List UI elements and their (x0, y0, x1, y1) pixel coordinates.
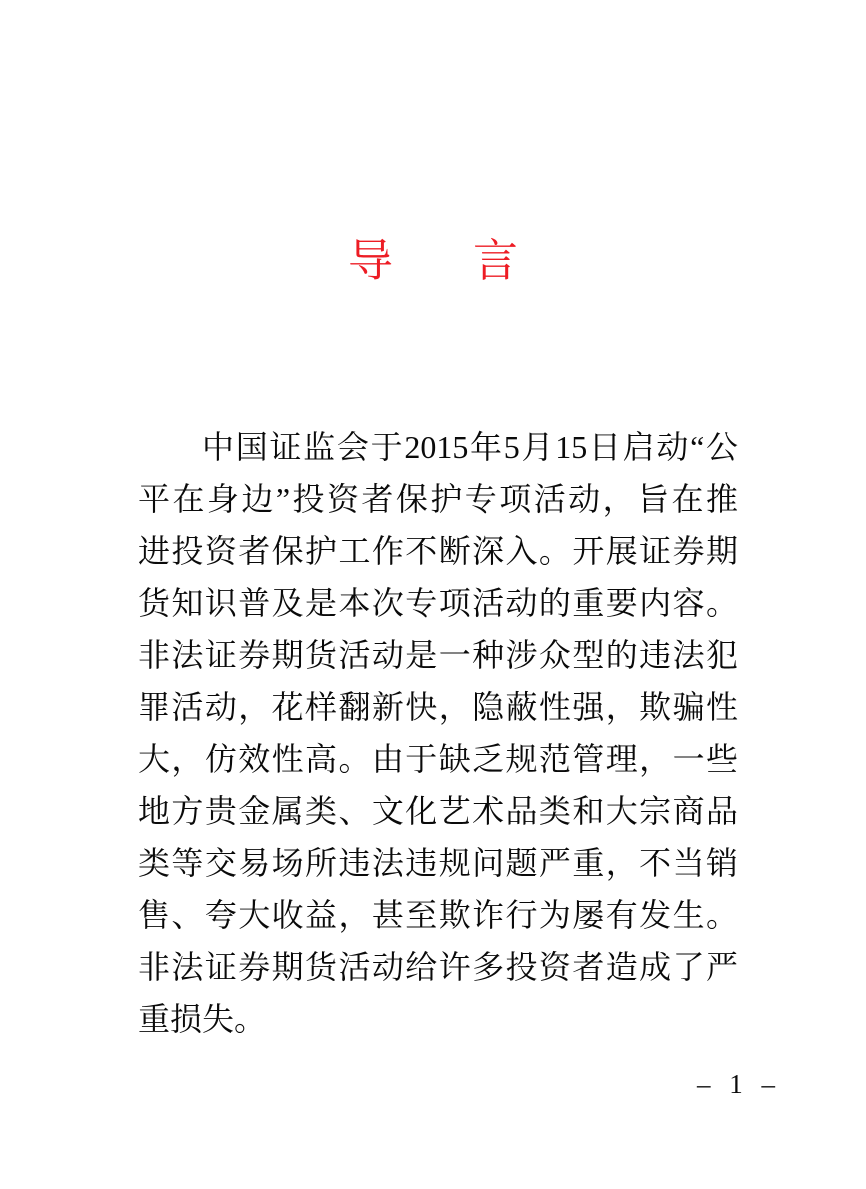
title-gap (393, 275, 473, 276)
title-char-1: 导 (348, 236, 393, 286)
document-page: 导言 中国证监会于2015年5月15日启动“公 平在身边”投资者保护专项活动，旨… (0, 0, 866, 1189)
page-title: 导言 (0, 232, 866, 290)
body-line-9: 类等交易场所违法违规问题严重，不当销 (138, 837, 738, 889)
body-line-2: 平在身边”投资者保护专项活动，旨在推 (138, 473, 738, 525)
body-line-5: 非法证券期货活动是一种涉众型的违法犯 (138, 629, 738, 681)
page-number: – 1 – (697, 1068, 776, 1100)
title-char-2: 言 (473, 236, 518, 286)
body-line-3: 进投资者保护工作不断深入。开展证券期 (138, 525, 738, 577)
body-line-1: 中国证监会于2015年5月15日启动“公 (138, 421, 738, 473)
body-line-6: 罪活动，花样翻新快，隐蔽性强，欺骗性 (138, 681, 738, 733)
body-paragraph: 中国证监会于2015年5月15日启动“公 平在身边”投资者保护专项活动，旨在推 … (138, 421, 738, 1045)
body-line-11: 非法证券期货活动给许多投资者造成了严 (138, 941, 738, 993)
body-line-7: 大，仿效性高。由于缺乏规范管理，一些 (138, 733, 738, 785)
body-line-8: 地方贵金属类、文化艺术品类和大宗商品 (138, 785, 738, 837)
body-line-12: 重损失。 (138, 993, 738, 1045)
body-line-4: 货知识普及是本次专项活动的重要内容。 (138, 577, 738, 629)
body-line-10: 售、夸大收益，甚至欺诈行为屡有发生。 (138, 889, 738, 941)
